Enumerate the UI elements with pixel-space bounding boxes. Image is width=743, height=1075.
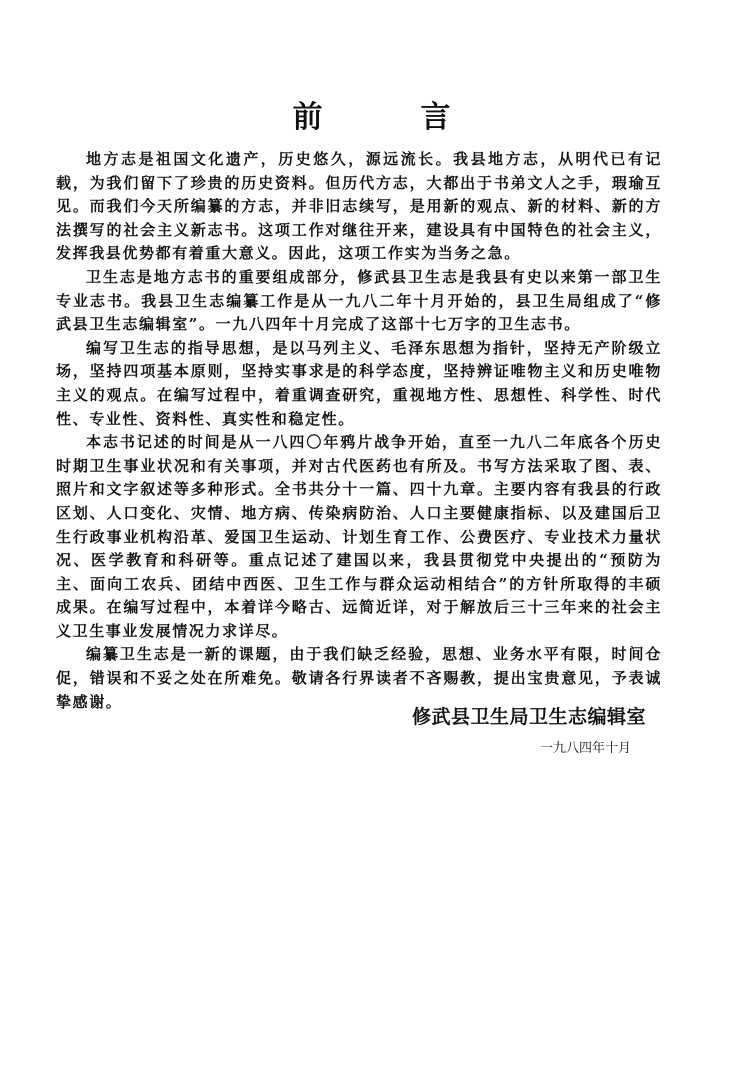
paragraph-3: 编写卫生志的指导思想，是以马列主义、毛泽东思想为指针，坚持无产阶级立场，坚持四项…	[56, 337, 662, 431]
signature-organization: 修武县卫生局卫生志编辑室	[412, 702, 646, 729]
paragraph-4: 本志书记述的时间是从一八四〇年鸦片战争开始，直至一九八二年底各个历史时期卫生事业…	[56, 431, 662, 643]
paragraph-2: 卫生志是地方志书的重要组成部分，修武县卫生志是我县有史以来第一部卫生专业志书。我…	[56, 266, 662, 337]
signature-date: 一九八四年十月	[540, 737, 631, 756]
page-title: 前言	[0, 92, 743, 136]
preface-body: 地方志是祖国文化遗产，历史悠久，源远流长。我县地方志，从明代已有记载，为我们留下…	[56, 148, 662, 714]
paragraph-1: 地方志是祖国文化遗产，历史悠久，源远流长。我县地方志，从明代已有记载，为我们留下…	[56, 148, 662, 266]
title-char-1: 前	[293, 92, 323, 136]
title-char-2: 言	[421, 92, 451, 136]
